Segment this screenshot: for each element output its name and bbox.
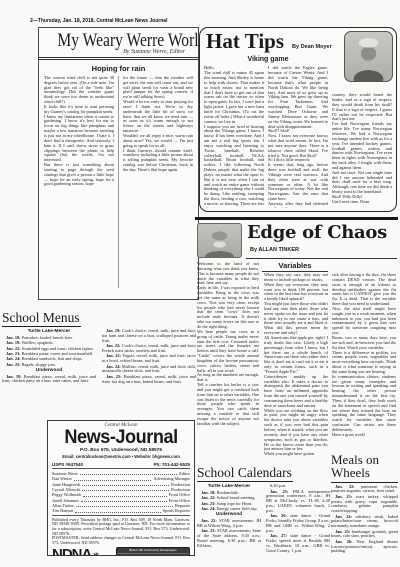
calendar-item: Jan. 26: state dance - Grand Forks; frie… (266, 514, 330, 533)
edge-of-chaos-byline: By ALLAN TINKER (250, 248, 299, 254)
dot-leader (83, 496, 167, 497)
ndna-starburst-icon: ✳ (92, 551, 99, 556)
masthead-contact: Email: centralmclean@westriv.com • Websi… (52, 454, 190, 459)
calendar-item: Jan. 23: STAR assessments; State of the … (197, 529, 261, 548)
dot-leader (81, 501, 167, 502)
dean-moyer-photo (344, 31, 393, 82)
weary-world-title: My Weary Werre World (57, 30, 179, 52)
calendar-item: Jan. 27: state dance - Grand Forks; spee… (266, 534, 330, 553)
hat-tips-body: Hello, The wind chill is minus 45 again … (204, 66, 392, 208)
edge-of-chaos-col1: Welcome to the land of not knowing what … (197, 262, 259, 462)
allan-tinker-photo (197, 223, 242, 258)
calendar-list-col2: 6:30 p.m.Jan. 25: FBLA entrepreneur gene… (266, 484, 330, 553)
meals-item: Jan. 26: New England dinner (carrots/pot… (331, 540, 398, 555)
weary-world-col2: for the future — that the weather will g… (123, 76, 193, 288)
weary-world-column: My Weary Werre World By Suzanne Werre, E… (38, 27, 199, 300)
weary-world-body: The current wind chill is not quite 30 d… (44, 76, 193, 288)
edge-of-chaos-title: Edge of Chaos (247, 224, 387, 242)
section-rule (195, 217, 398, 220)
double-rule (39, 57, 198, 60)
menu-item: Jan. 25: Bagels; sloppy joes. (2, 363, 96, 368)
weary-world-col1: The current wind chill is not quite 30 d… (44, 76, 114, 288)
school-calendars-col2: 6:30 p.m.Jan. 25: FBLA entrepreneur gene… (266, 484, 330, 554)
ndna-wordmark: NDNA (52, 546, 91, 556)
edge-of-chaos-col3: sick after having a flu shot, flu shots … (332, 273, 396, 452)
school-menus-title: School Menus (2, 311, 81, 327)
staff-list: Suzanne Werre Editor Dan Winter Advertis… (52, 468, 190, 516)
hat-tips-column: Hat Tips By Dean Moyer Viking game Hello… (199, 27, 397, 212)
school-calendars-body: Turtle Lake-Mercer Jan. 18: Bookmobile.J… (197, 484, 330, 554)
calendar-item: Jan. 25: FBLA entrepreneur generation co… (266, 490, 330, 514)
usps-number: USPS #647540 (52, 462, 83, 467)
hat-tips-title: Hat Tips (206, 31, 284, 52)
menu-list-underwood-2: Jan. 19: Cook's choice, cereal, milk, ju… (102, 329, 196, 384)
masthead-usps-phone: USPS #647540 Ph: 701-442-5525 (52, 462, 190, 467)
school-menus-section: School Menus Turtle Lake-Mercer Jan. 18:… (2, 309, 196, 419)
dot-leader (75, 512, 161, 513)
dot-leader (76, 506, 173, 507)
masthead-logos: NDNA✳ NORTH DAKOTA NEWSPAPER ASSOCIATION… (52, 547, 190, 556)
staff-role: Sports Reporter (163, 508, 190, 513)
school-calendars-title: School Calendars (197, 466, 293, 482)
meals-on-wheels-section: Meals on Wheels Jan. 22: parmesan chicke… (331, 453, 398, 567)
masthead-box: Central McLean News-Journal P.O. Box 675… (47, 420, 195, 556)
page-header-line: 2—Thursday, Jan. 18, 2018, Central McLea… (30, 19, 167, 24)
hat-tips-col3: country, they would honor the leader, an… (332, 66, 392, 208)
dot-leader (74, 480, 151, 481)
menu-list-underwood-1: Jan. 18: Breakfast pizza, cereal, milk, … (2, 375, 96, 385)
menu-list-tlm: Jan. 18: Pancakes; loaded french fries.J… (2, 336, 96, 368)
school-calendars-col1: Turtle Lake-Mercer Jan. 18: Bookmobile.J… (197, 484, 261, 554)
dot-leader (82, 485, 169, 486)
school-menus-col2: Jan. 19: Cook's choice, cereal, milk, ju… (102, 329, 196, 385)
hat-tips-byline: By Dean Moyer (292, 44, 332, 50)
weary-world-headline: Hoping for rain (44, 64, 193, 73)
menu-item: Jan. 19: Cook's choice, cereal, milk, ju… (102, 329, 196, 344)
facebook-wordmark: facebook (148, 555, 184, 556)
column-divider (118, 76, 119, 288)
meals-item: Jan. 24: salisbury steak, baked potato/b… (331, 515, 398, 530)
staff-row: Tim Hanson Sports Reporter (52, 508, 190, 513)
ndna-logo: NDNA✳ NORTH DAKOTA NEWSPAPER ASSOCIATION (52, 548, 114, 556)
edge-of-chaos-subhead: Variables (262, 261, 328, 272)
hat-tips-col1: Hello, The wind chill is minus 45 again … (204, 66, 264, 208)
dot-leader (82, 490, 169, 491)
hat-tips-col3-text: country, they would honor the leader, an… (332, 93, 392, 204)
staff-name: Tim Hanson (52, 508, 73, 513)
masthead-nameplate: News-Journal (57, 428, 185, 447)
hat-tips-subhead: Viking game (204, 56, 332, 64)
byline-rule (246, 258, 397, 259)
school-menus-col1: Turtle Lake-Mercer Jan. 18: Pancakes; lo… (2, 329, 96, 385)
menu-item: Jan. 25: Breakfast pizza, cereal, milk, … (102, 375, 196, 385)
calendar-list-underwood: Jan. 22: STAR assessments; JH BB at Wilt… (197, 519, 261, 549)
publisher-statement: Published every Thursday by BHG, Inc., P… (52, 518, 190, 545)
facebook-badge: BHG's ND Community Newspapers ☝ Like us … (116, 547, 190, 556)
school-menus-body: Turtle Lake-Mercer Jan. 18: Pancakes; lo… (2, 329, 196, 385)
hat-tips-col2: I did watch the Eagles game, because of … (268, 66, 328, 208)
meals-item: Jan. 23: roast turkey, whipped potato wi… (331, 495, 398, 514)
phone-number: Ph: 701-442-5525 (153, 462, 190, 467)
school-calendars-section: School Calendars Turtle Lake-Mercer Jan.… (197, 464, 330, 567)
menu-item: Jan. 18: Breakfast pizza, cereal, milk, … (2, 375, 96, 385)
dot-leader (80, 474, 177, 475)
newspaper-page: 2—Thursday, Jan. 18, 2018, Central McLea… (0, 0, 400, 567)
edge-of-chaos-col2: When they say cars, they may not mean to… (264, 273, 328, 462)
meals-list: Jan. 22: parmesan chicken, potatoes augr… (331, 485, 398, 555)
meals-on-wheels-title: Meals on Wheels (331, 453, 398, 483)
calendar-list-tlm: Jan. 18: Bookmobile.Jan. 22: School boar… (197, 491, 261, 512)
